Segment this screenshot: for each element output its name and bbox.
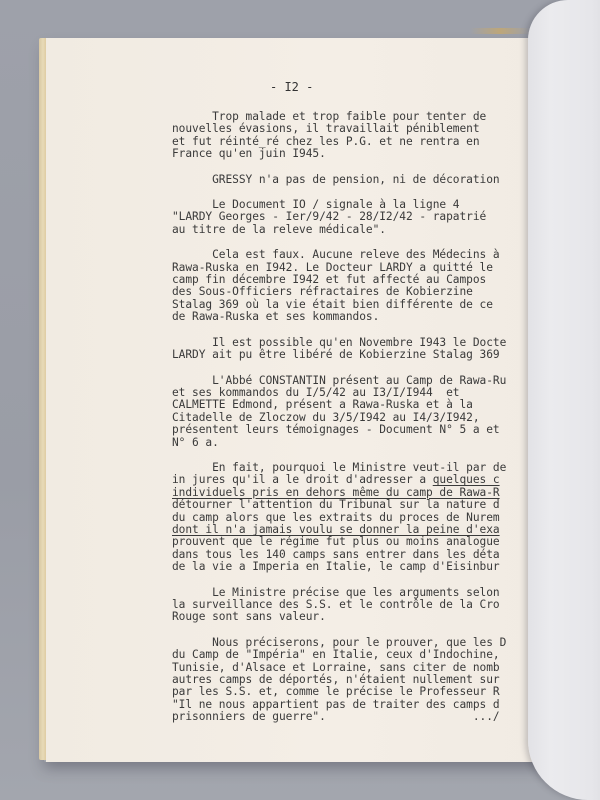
paragraph: Le Ministre précise que les arguments se… <box>172 587 552 624</box>
text-line: du Camp de "Impéria" en Italie, ceux d'I… <box>172 649 552 661</box>
paragraph: Il est possible qu'en Novembre I943 le D… <box>172 337 552 362</box>
text-line: au titre de la releve médicale". <box>172 224 552 236</box>
text-line: prisonniers de guerre". .../ <box>172 711 552 723</box>
paragraph: Trop malade et trop faible pour tenter d… <box>172 111 552 161</box>
underlined-text: quelques c <box>433 473 500 486</box>
text-line: LARDY ait pu être libéré de Kobierzine S… <box>172 349 552 361</box>
paragraph: Nous préciserons, pour le prouver, que l… <box>172 637 552 724</box>
paragraph: En fait, pourquoi le Ministre veut-il pa… <box>172 462 552 574</box>
paragraph: Le Document IO / signale à la ligne 4"LA… <box>172 199 552 236</box>
underlined-text: dont il n'a jamais voulu se donner la pe… <box>172 523 500 536</box>
foxing-stain <box>470 28 530 34</box>
photo-scene: - I2 - Trop malade et trop faible pour t… <box>0 0 600 800</box>
text-line: N° 6 a. <box>172 437 552 449</box>
text-line: présentent leurs témoignages - Document … <box>172 424 552 436</box>
underlined-text: individuels pris en dehors même du camp … <box>172 486 500 499</box>
text-line: de Rawa-Ruska et ses kommandos. <box>172 311 552 323</box>
text-line: Cela est faux. Aucune releve des Médecin… <box>172 249 552 261</box>
text-line: de la vie a Imperia en Italie, le camp d… <box>172 561 552 573</box>
text-line: GRESSY n'a pas de pension, ni de décorat… <box>172 174 552 186</box>
text-line: nouvelles évasions, il travaillait pénib… <box>172 123 552 135</box>
text-line: par les S.S. et, comme le précise le Pro… <box>172 686 552 698</box>
text-line: détourner l'attention du Tribunal sur la… <box>172 499 552 511</box>
text-line: CALMETTE Edmond, présent a Rawa-Ruska et… <box>172 399 552 411</box>
paragraph: Cela est faux. Aucune releve des Médecin… <box>172 249 552 323</box>
document-body: Trop malade et trop faible pour tenter d… <box>172 79 552 737</box>
text-line: "LARDY Georges - Ier/9/42 - 28/I2/42 - r… <box>172 211 552 223</box>
paragraph: GRESSY n'a pas de pension, ni de décorat… <box>172 174 552 186</box>
text-line: des Sous-Officiers réfractaires de Kobie… <box>172 286 552 298</box>
text-line: France qu'en juin I945. <box>172 148 552 160</box>
curled-next-page <box>528 0 600 800</box>
paragraph: L'Abbé CONSTANTIN présent au Camp de Raw… <box>172 375 552 449</box>
text-line: Rouge sont sans valeur. <box>172 611 552 623</box>
text-line: prouvent que le régime fut plus ou moins… <box>172 536 552 548</box>
